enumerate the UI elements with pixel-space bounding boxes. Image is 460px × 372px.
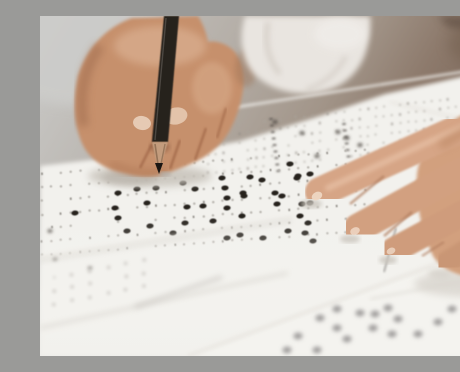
printed-bubble-dot (408, 111, 410, 113)
printed-bubble-dot (367, 126, 369, 128)
printed-bubble-dot (79, 169, 82, 172)
printed-mark (317, 165, 319, 168)
printed-mark (336, 205, 338, 208)
printed-mark (203, 201, 205, 204)
printed-bubble-dot (311, 160, 313, 162)
printed-bubble-dot (447, 107, 449, 109)
printed-bubble-dot (303, 116, 305, 118)
printed-mark (319, 122, 321, 125)
printed-bubble-dot (107, 291, 111, 295)
printed-bubble-dot (60, 185, 63, 188)
printed-mark (223, 152, 225, 155)
printed-bubble-dot (255, 166, 257, 168)
printed-bubble-dot (142, 284, 146, 288)
printed-bubble-dot (391, 114, 393, 116)
printed-bubble-dot (231, 199, 234, 202)
printed-mark (247, 167, 249, 170)
printed-bubble-dot (351, 119, 353, 121)
printed-bubble-dot (212, 159, 215, 162)
printed-bubble-dot (335, 139, 337, 141)
printed-bubble-dot (223, 143, 225, 145)
printed-bubble-dot (240, 171, 243, 174)
printed-bubble-dot (260, 170, 263, 173)
printed-bubble-dot (278, 182, 281, 185)
printed-bubble-dot (88, 183, 91, 186)
printed-bubble-dot (221, 159, 224, 162)
printed-bubble-dot (231, 213, 234, 216)
printed-bubble-dot (142, 258, 146, 262)
printed-bubble-dot (215, 171, 217, 173)
timing-mark (271, 131, 275, 133)
printed-bubble-dot (88, 282, 92, 286)
printed-bubble-dot (295, 125, 297, 127)
printed-bubble-dot (146, 206, 149, 209)
printed-bubble-dot (327, 149, 329, 151)
printed-mark (367, 108, 369, 111)
timing-mark (273, 144, 277, 146)
pencil-tip-shadow (159, 172, 171, 177)
printed-mark (391, 123, 393, 126)
printed-mark (231, 158, 233, 161)
printed-bubble-dot (307, 153, 310, 156)
printed-bubble-dot (259, 197, 262, 200)
printed-bubble-dot (271, 146, 273, 148)
printed-bubble-dot (294, 135, 296, 137)
printed-bubble-dot (279, 119, 281, 121)
printed-bubble-dot (241, 199, 244, 202)
printed-mark (155, 204, 157, 207)
printed-bubble-dot (278, 169, 281, 172)
printed-bubble-dot (231, 169, 233, 171)
printed-mark (264, 147, 266, 150)
printed-bubble-dot (70, 285, 74, 289)
printed-bubble-dot (360, 135, 362, 137)
printed-bubble-dot (359, 154, 361, 156)
printed-bubble-dot (408, 130, 410, 132)
printed-bubble-dot (184, 189, 187, 192)
printed-bubble-dot (60, 172, 63, 175)
printed-bubble-dot (239, 142, 241, 144)
printed-bubble-dot (173, 204, 176, 207)
printed-bubble-dot (335, 112, 337, 114)
printed-bubble-dot (364, 149, 367, 152)
timing-mark (269, 118, 273, 120)
printed-bubble-dot (343, 146, 345, 148)
printed-bubble-dot (391, 132, 393, 134)
printed-bubble-dot (262, 165, 264, 167)
printed-bubble-dot (278, 209, 281, 212)
printed-bubble-dot (259, 211, 262, 214)
printed-bubble-dot (375, 107, 377, 109)
printed-bubble-dot (303, 125, 305, 127)
printed-bubble-dot (79, 197, 82, 200)
printed-bubble-dot (41, 199, 44, 202)
printed-bubble-dot (297, 167, 300, 170)
printed-bubble-dot (287, 195, 290, 198)
printed-bubble-dot (343, 111, 345, 113)
printed-bubble-dot (303, 151, 305, 153)
printed-bubble-dot (52, 289, 56, 293)
printed-bubble-dot (383, 115, 385, 117)
timing-mark (275, 163, 279, 165)
printed-mark (279, 127, 281, 130)
printed-mark (41, 173, 43, 176)
printed-bubble-dot (263, 156, 265, 158)
printed-bubble-dot (88, 270, 92, 274)
printed-mark (278, 155, 280, 158)
printed-bubble-dot (241, 185, 244, 188)
printed-bubble-dot (155, 192, 158, 195)
printed-bubble-dot (311, 142, 313, 144)
printed-bubble-dot (367, 144, 369, 146)
printed-mark (239, 133, 241, 136)
printed-bubble-dot (344, 150, 347, 153)
printed-mark (447, 98, 449, 101)
printed-bubble-dot (203, 188, 206, 191)
printed-bubble-dot (297, 208, 300, 211)
printed-mark (53, 276, 55, 279)
printed-bubble-dot (124, 262, 128, 266)
printed-bubble-dot (423, 110, 425, 112)
printed-bubble-dot (431, 100, 433, 102)
printed-bubble-dot (142, 272, 146, 276)
printed-mark (430, 118, 432, 121)
printed-bubble-dot (263, 129, 265, 131)
printed-bubble-dot (238, 168, 240, 170)
printed-bubble-dot (255, 140, 257, 142)
printed-bubble-dot (88, 296, 92, 300)
printed-bubble-dot (88, 209, 91, 212)
printed-bubble-dot (288, 154, 291, 157)
printed-mark (60, 212, 62, 215)
printed-bubble-dot (375, 125, 377, 127)
printed-bubble-dot (335, 120, 337, 122)
printed-bubble-dot (135, 193, 138, 196)
printed-bubble-dot (383, 106, 385, 108)
printed-bubble-dot (326, 206, 329, 209)
printed-bubble-dot (249, 185, 252, 188)
printed-bubble-dot (250, 157, 253, 160)
printed-bubble-dot (202, 161, 205, 164)
printed-bubble-dot (375, 116, 377, 118)
printed-bubble-dot (212, 201, 215, 204)
printed-bubble-dot (343, 119, 345, 121)
printed-bubble-dot (335, 164, 338, 167)
printed-bubble-dot (69, 184, 72, 187)
timing-mark (342, 123, 346, 125)
printed-bubble-dot (351, 155, 353, 157)
printed-bubble-dot (319, 140, 321, 142)
printed-bubble-dot (107, 266, 111, 270)
printed-mark (165, 191, 167, 194)
printed-bubble-dot (367, 135, 369, 137)
printed-bubble-dot (79, 211, 82, 214)
photo-answer-sheet-scene (40, 16, 460, 356)
printed-bubble-dot (127, 194, 130, 197)
printed-bubble-dot (193, 202, 196, 205)
printed-bubble-dot (400, 122, 402, 124)
printed-bubble-dot (271, 155, 273, 157)
printed-mark (407, 102, 409, 105)
printed-bubble-dot (415, 111, 417, 113)
printed-bubble-dot (263, 138, 265, 140)
printed-bubble-dot (375, 134, 377, 136)
printed-bubble-dot (455, 106, 457, 108)
scene-canvas (40, 16, 460, 356)
printed-bubble-dot (183, 202, 186, 205)
timing-mark (347, 155, 351, 157)
printed-bubble-dot (359, 127, 361, 129)
printed-bubble-dot (223, 170, 225, 172)
printed-bubble-dot (41, 214, 44, 217)
printed-bubble-dot (247, 149, 249, 151)
printed-bubble-dot (363, 203, 366, 206)
printed-mark (212, 187, 214, 190)
printed-bubble-dot (268, 197, 271, 200)
printed-bubble-dot (145, 192, 148, 195)
printed-bubble-dot (164, 204, 167, 207)
printed-mark (439, 108, 441, 111)
printed-bubble-dot (399, 131, 401, 133)
printed-bubble-dot (247, 131, 249, 133)
printed-bubble-dot (288, 168, 291, 171)
printed-bubble-dot (269, 182, 272, 185)
printed-bubble-dot (238, 123, 240, 125)
printed-bubble-dot (307, 166, 310, 169)
printed-bubble-dot (41, 186, 44, 189)
printed-mark (107, 208, 109, 211)
printed-mark (311, 132, 313, 135)
printed-bubble-dot (415, 120, 417, 122)
printed-mark (259, 183, 261, 186)
printed-bubble-dot (439, 99, 441, 101)
printed-bubble-dot (70, 298, 74, 302)
printed-bubble-dot (415, 102, 417, 104)
sleeve-highlight (314, 18, 366, 50)
timing-mark (343, 129, 347, 131)
printed-mark (326, 152, 328, 155)
printed-bubble-dot (354, 150, 357, 153)
printed-bubble-dot (136, 206, 139, 209)
printed-bubble-dot (125, 275, 129, 279)
printed-mark (288, 209, 290, 212)
printed-bubble-dot (399, 104, 401, 106)
printed-mark (359, 118, 361, 121)
printed-mark (298, 193, 300, 196)
printed-bubble-dot (415, 129, 417, 131)
printed-bubble-dot (359, 109, 361, 111)
printed-bubble-dot (70, 273, 74, 277)
printed-mark (327, 113, 329, 116)
printed-bubble-dot (318, 150, 320, 152)
printed-mark (350, 127, 352, 130)
printed-bubble-dot (50, 185, 53, 188)
printed-bubble-dot (319, 132, 321, 134)
printed-bubble-dot (231, 172, 234, 175)
printed-bubble-dot (264, 121, 266, 123)
timing-mark (275, 157, 279, 159)
printed-bubble-dot (69, 171, 72, 174)
timing-mark (270, 124, 274, 126)
printed-bubble-dot (407, 121, 409, 123)
printed-bubble-dot (255, 148, 257, 150)
printed-bubble-dot (304, 161, 306, 163)
printed-bubble-dot (215, 153, 217, 155)
printed-bubble-dot (98, 209, 101, 212)
printed-bubble-dot (222, 213, 225, 216)
timing-mark (274, 150, 278, 152)
printed-bubble-dot (297, 153, 300, 156)
printed-mark (399, 113, 401, 116)
printed-bubble-dot (311, 115, 313, 117)
printed-bubble-dot (288, 145, 290, 147)
printed-bubble-dot (255, 131, 257, 133)
printed-bubble-dot (383, 142, 385, 144)
printed-bubble-dot (423, 101, 425, 103)
printed-bubble-dot (207, 163, 209, 165)
printed-bubble-dot (271, 128, 273, 130)
printed-bubble-dot (354, 204, 357, 207)
printed-bubble-dot (52, 303, 56, 307)
printed-mark (70, 197, 72, 200)
printed-mark (256, 157, 258, 160)
printed-bubble-dot (295, 116, 297, 118)
printed-mark (222, 173, 224, 176)
printed-bubble-dot (107, 195, 110, 198)
printed-bubble-dot (221, 199, 224, 202)
printed-bubble-dot (424, 119, 426, 121)
printed-bubble-dot (295, 162, 297, 164)
printed-bubble-dot (247, 159, 249, 161)
printed-bubble-dot (88, 196, 91, 199)
printed-bubble-dot (250, 211, 253, 214)
printed-mark (270, 169, 272, 172)
timing-mark (345, 142, 349, 144)
knuckle-highlight (192, 62, 232, 114)
printed-mark (306, 180, 308, 183)
timing-mark (272, 137, 276, 139)
printed-bubble-dot (124, 288, 128, 292)
printed-bubble-dot (287, 127, 289, 129)
printed-bubble-dot (319, 159, 321, 161)
printed-mark (295, 152, 297, 155)
printed-bubble-dot (250, 171, 253, 174)
